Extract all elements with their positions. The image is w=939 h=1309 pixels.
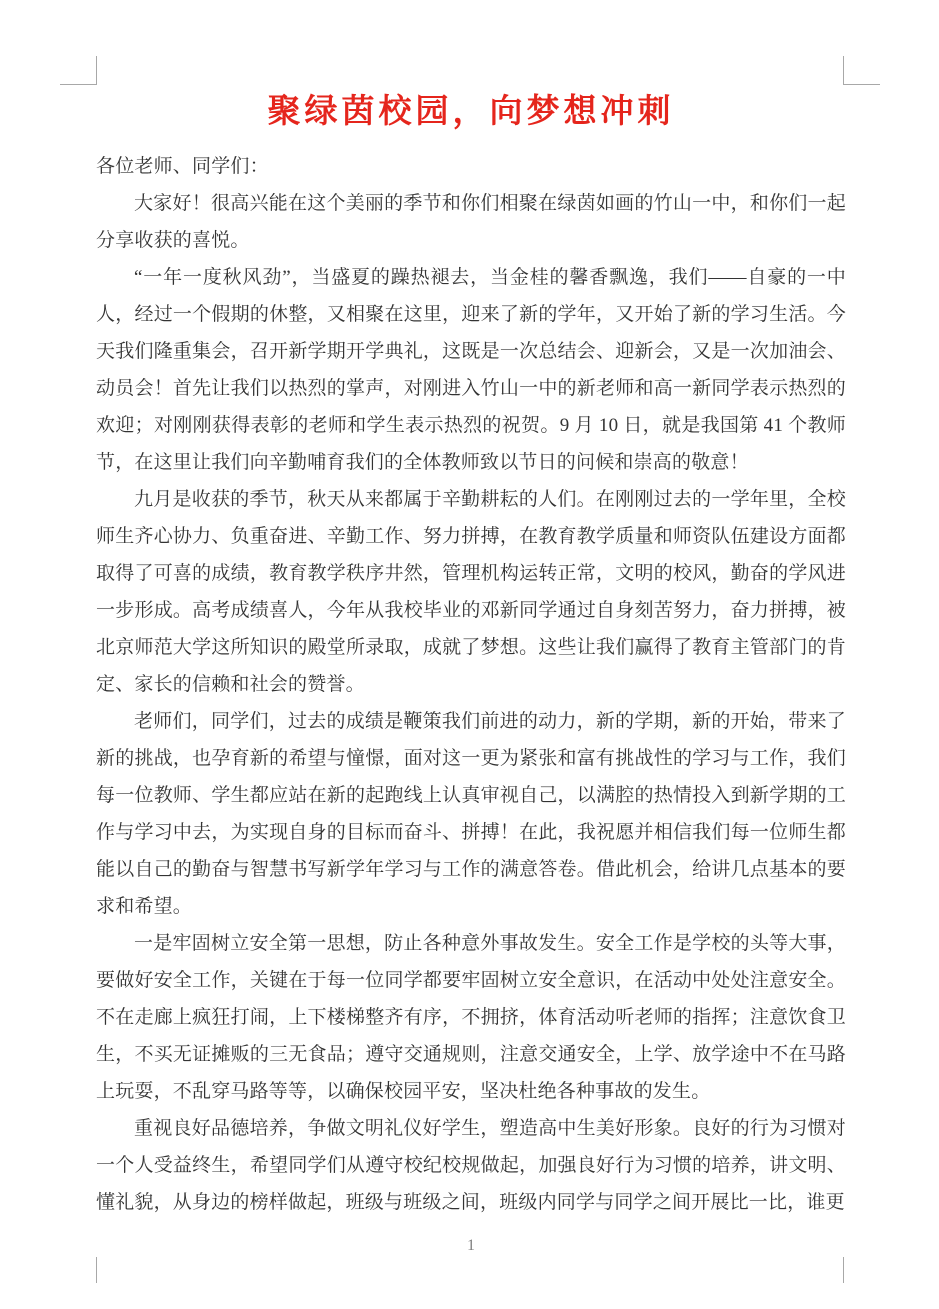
page-footer: 1: [96, 1237, 846, 1255]
paragraph: 老师们，同学们，过去的成绩是鞭策我们前进的动力，新的学期，新的开始，带来了新的挑…: [96, 703, 846, 925]
paragraph: 重视良好品德培养，争做文明礼仪好学生，塑造高中生美好形象。良好的行为习惯对一个人…: [96, 1110, 846, 1221]
document-page: 聚绿茵校园，向梦想冲刺 各位老师、同学们：大家好！很高兴能在这个美丽的季节和你们…: [0, 0, 939, 1309]
margin-crop-mark-top-left: [60, 56, 97, 85]
document-content: 聚绿茵校园，向梦想冲刺 各位老师、同学们：大家好！很高兴能在这个美丽的季节和你们…: [96, 86, 846, 1221]
document-body: 各位老师、同学们：大家好！很高兴能在这个美丽的季节和你们相聚在绿茵如画的竹山一中…: [96, 148, 846, 1221]
paragraph: 一是牢固树立安全第一思想，防止各种意外事故发生。安全工作是学校的头等大事，要做好…: [96, 925, 846, 1110]
document-title: 聚绿茵校园，向梦想冲刺: [96, 86, 846, 138]
margin-crop-mark-top-right: [843, 56, 880, 85]
paragraph: 大家好！很高兴能在这个美丽的季节和你们相聚在绿茵如画的竹山一中，和你们一起分享收…: [96, 185, 846, 259]
margin-crop-mark-bottom-left: [96, 1257, 97, 1283]
paragraph: 各位老师、同学们：: [96, 148, 846, 185]
page-number: 1: [467, 1237, 475, 1254]
margin-crop-mark-bottom-right: [843, 1257, 844, 1283]
paragraph: 九月是收获的季节，秋天从来都属于辛勤耕耘的人们。在刚刚过去的一学年里，全校师生齐…: [96, 481, 846, 703]
paragraph: “一年一度秋风劲”，当盛夏的躁热褪去，当金桂的馨香飘逸，我们——自豪的一中人，经…: [96, 259, 846, 481]
